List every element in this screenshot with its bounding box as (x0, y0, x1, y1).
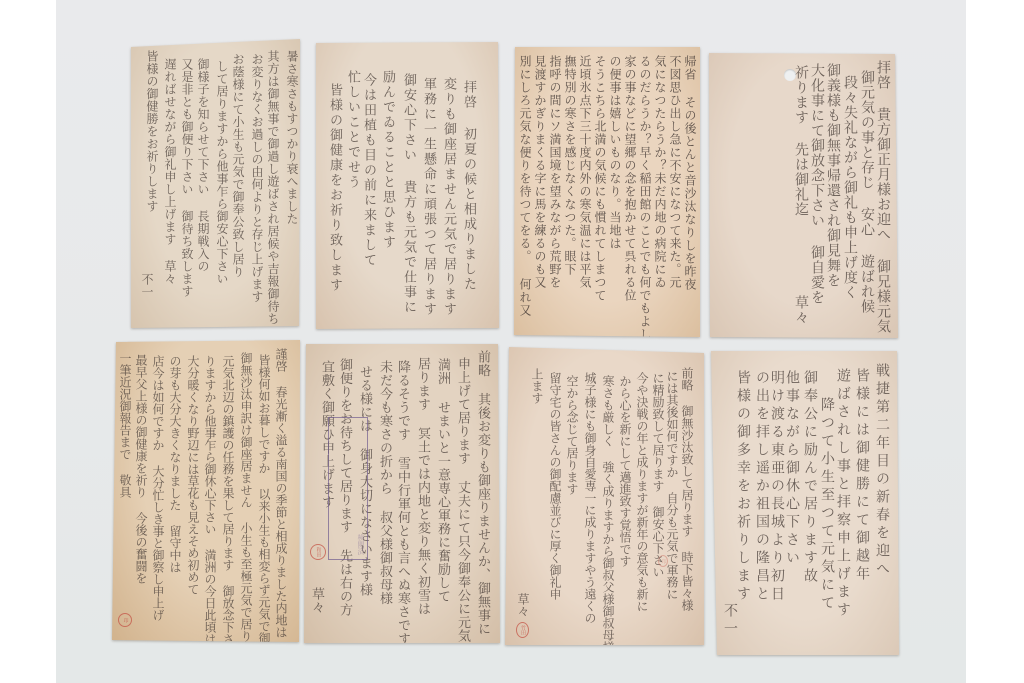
closing-text: 不一 (723, 603, 737, 639)
closing-text: 草々 (310, 587, 323, 614)
text-column: 皆様の御健勝をお祈りします (146, 50, 158, 213)
text-column: 謹啓 春光漸く溢る南国の季節と相成りました内地は (275, 348, 287, 638)
text-column: の出を拝し遥か祖国の隆昌と (755, 370, 769, 604)
text-column: して居りますから他事乍ら御安心下さい (216, 60, 228, 285)
postcard-top-3: 帰省 その後とんと音沙汰なりしを昨夜 不図思ひ出し急に不安になつて来た。元 気に… (514, 47, 700, 337)
text-column: 留守宅の皆さんの御配慮並びに厚く御礼申 (549, 372, 561, 600)
postcard-paper: 拝啓 初夏の候と相成りました 変りも御座居ません元気で居ります 軍務に一生懸命に… (316, 42, 499, 329)
text-column: 家の事などに望郷の念を抱かせて呉れる位 (624, 55, 636, 302)
text-column: 拝啓 初夏の候と相成りました (462, 80, 475, 292)
postcard-top-1: 暑さ寒さもすつかり衰へました 其方は御無事で御過し遊ばされ居候や吉報御待ち お変… (131, 39, 300, 328)
text-column: 御様子を知らせて下さい 長期戦入の (197, 58, 209, 273)
postcard-top-2: 拝啓 初夏の候と相成りました 変りも御座居ません元気で居ります 軍務に一生懸命に… (316, 42, 499, 329)
postcard-paper: 帰省 その後とんと音沙汰なりしを昨夜 不図思ひ出し急に不安になつて来た。元 気に… (514, 47, 700, 337)
postcard-paper: 戦捷第二年目の新春を迎へ 皆様には御健勝にて御越年 遊ばされし事と拝察申上げます… (711, 350, 899, 656)
text-column: 皆様の御健康をお祈り致します (328, 83, 341, 293)
text-column: 遅ればせながら御礼申し上げます 草々 (164, 58, 176, 285)
text-column: 見渡すかぎりまくる字に馬を練るのも又 (534, 55, 546, 289)
text-column: るのだらうか？早く稲田館のことでも何でもよし (639, 55, 651, 337)
red-seal-stamp: 印 (118, 613, 132, 627)
text-column: 他事ながら御休心下さい (785, 370, 799, 568)
text-column: 軍務に一生懸命に頑張つて居ります (422, 77, 435, 317)
censor-stamp-box: 検閲済 (328, 417, 368, 560)
text-column: 居ります 冥土では内地と変り無く初雪は (416, 357, 429, 616)
text-column: 空から念じて居ります (566, 375, 578, 495)
text-column: 申上げて居ります 丈夫にて只今御奉公に元気で (456, 357, 469, 644)
text-column: 励んでゐることと思ひます (381, 70, 394, 250)
text-column: そうこちら北満の気候にも慣れてしまつて (594, 55, 606, 302)
postcard-paper: 拝啓 貴方御正月様お迎へ 御兄様元気 御元気の事と存じ 安心 遊ばれ候 段々失礼… (709, 53, 898, 339)
text-column: 其方は御無事で御過し遊ばされ居候や吉報御待ち (267, 50, 279, 325)
text-column: 皆様の御多幸をお祈りします (736, 370, 750, 604)
text-column: 御奉公に励んで居ります故 (803, 370, 817, 586)
postcard-top-4: 拝啓 貴方御正月様お迎へ 御兄様元気 御元気の事と存じ 安心 遊ばれ候 段々失礼… (709, 53, 898, 339)
text-column: 未だ今も寒さの折から 叔父様御叔母様 (378, 360, 391, 605)
text-column: 最早父上様の御健康を祈り 今後の奮闘を (135, 354, 147, 584)
red-seal-stamp: 和田 (310, 544, 326, 560)
text-column: 御無沙汰申訳け御座居ません 小生も至極元気で居り (240, 352, 252, 642)
censor-stamp-text: 検閲済 (357, 534, 364, 555)
text-column: お変りなくお過しの由何よりと存じ上げます (251, 53, 263, 303)
text-column: 明け渡る東亜の長城より初日 (770, 370, 784, 604)
postcard-collection: 暑さ寒さもすつかり衰へました 其方は御無事で御過し遊ばされ居候や吉報御待ち お変… (0, 0, 1024, 683)
postcard-bottom-2: 前略 其後お変りも御座りませんか、御無事に 申上げて居ります 丈夫にて只今御奉公… (304, 343, 500, 644)
text-column: の便事は嬉しいものなり。当地は (609, 55, 621, 250)
text-column: 段々失礼ながら御礼も申上げ度く (843, 75, 857, 300)
text-column: 今は田植も目の前に来まして (362, 73, 375, 268)
text-column: 降るそうです 雪中行軍何とも言へぬ寒さです (396, 360, 409, 644)
postcard-bottom-3: 前略 御無沙汰致して居ります 時下皆々様 には其後如何ですか 自分も元気で軍務に… (505, 347, 704, 646)
text-column: 前略 其後お変りも御座りませんか、御無事に (476, 350, 489, 636)
text-column: 別にしろ元気な便りを待つてをる。 何れ又 (519, 55, 531, 317)
text-column: 祈ります 先は御礼迄 (794, 65, 808, 217)
text-column: 御元気の事と存じ 安心 遊ばれ候 (860, 70, 874, 314)
text-column: 指呼の間にソ満国境を望みながら荒野を (549, 55, 561, 289)
text-column: 遊ばされし事と拝察申上げます (836, 368, 850, 620)
text-column: 前略 御無沙汰致して居ります 時下皆々様 (681, 367, 693, 611)
text-column: 不図思ひ出し急に不安になつて来た。元 (669, 55, 681, 289)
red-seal-stamp: 竹田 (516, 622, 529, 638)
text-column: 気になつたらうか？未だ内地の病院にゐ (654, 55, 666, 289)
text-column: 寒さも厳しく 強く成りますから御叔父様御叔母様 (602, 375, 614, 646)
text-column: 御義様も御無事帰還され御見舞を (826, 63, 840, 288)
text-column: 戦捷第二年目の新春を迎へ (875, 363, 889, 579)
text-column: 皆様には御健勝にて御越年 (855, 368, 869, 584)
closing-text: 草々 (517, 593, 529, 617)
text-column: から心を新にして邁進致す覚悟です (619, 375, 631, 567)
text-column: 今や決戦の年と成りますが新年の意気も新に (636, 372, 648, 612)
text-column: 城子様にも御身自愛専一に成りますやう遠くの (584, 372, 596, 624)
text-column: に精励致して居ります 御安心下さい (652, 372, 664, 578)
text-column: 近頃氷点下三十度内外の寒気温には平気 (579, 55, 591, 289)
text-column: には其後如何ですか 自分も元気で軍務に (666, 370, 678, 600)
text-column: 皆様何如お暮しですか 以来小生も相変らず元気で御奉公 (258, 354, 270, 642)
text-column: 上ます (531, 368, 543, 404)
text-column: 降つて小生至つて元気にて (820, 397, 834, 613)
faint-seal-mark: 印 (658, 555, 668, 567)
text-column: 大分暖くなり野辺には草花も見えそめ初めて (187, 355, 199, 595)
text-column: 暑さ寒さもすつかり衰へました (286, 50, 298, 225)
postcard-paper: 謹啓 春光漸く溢る南国の季節と相成りました内地は 皆様何如お暮しですか 以来小生… (112, 340, 300, 642)
postcard-bottom-1: 謹啓 春光漸く溢る南国の季節と相成りました内地は 皆様何如お暮しですか 以来小生… (112, 340, 300, 642)
postcard-bottom-4: 戦捷第二年目の新春を迎へ 皆様には御健勝にて御越年 遊ばされし事と拝察申上げます… (711, 350, 899, 656)
text-column: 撫特別の寒さを感じなくなつた。眼下 (564, 55, 576, 276)
text-column: 店今は如何ですか 大分忙しき事と御察し申上げ (152, 355, 164, 621)
text-column: 御安心下さい 貴方も元気で仕事に (402, 73, 415, 315)
text-column: りますから他事乍ら御休心下さい 満洲の今日此頃は (204, 355, 216, 642)
text-column: 忙しいことでせう (346, 70, 359, 190)
text-column: 満洲 せまいと一意専心軍務に奮励して (436, 358, 449, 603)
text-column: 変りも御座居ません元気で居ります (442, 77, 455, 317)
closing-text: 草々 (794, 295, 808, 325)
text-column: の芽も大分大きくなりました 留守中は (169, 355, 181, 573)
text-column: 帰省 その後とんと音沙汰なりしを昨夜 (684, 55, 696, 291)
text-column: お蔭様にて小生も元気で御奉公致し居り (232, 53, 244, 278)
postcard-paper: 前略 其後お変りも御座りませんか、御無事に 申上げて居ります 丈夫にて只今御奉公… (304, 343, 500, 644)
text-column: 又是非とも御便り下さい 御待ち致します (181, 58, 193, 298)
text-column: 元気北辺の鎮護の任務を果して居ります 御放念下さい (222, 355, 234, 642)
postcard-paper: 暑さ寒さもすつかり衰へました 其方は御無事で御過し遊ばされ居候や吉報御待ち お変… (131, 39, 300, 328)
closing-text: 不一 (141, 273, 153, 298)
text-column: 大化事にて御放念下さい 御自愛を (810, 63, 824, 305)
text-column: 拝啓 貴方御正月様お迎へ 御兄様元気 (876, 60, 890, 334)
text-column: 一筆近況御報告まで 敬具 (119, 352, 131, 498)
postcard-paper: 前略 御無沙汰致して居ります 時下皆々様 には其後如何ですか 自分も元気で軍務に… (505, 347, 704, 646)
